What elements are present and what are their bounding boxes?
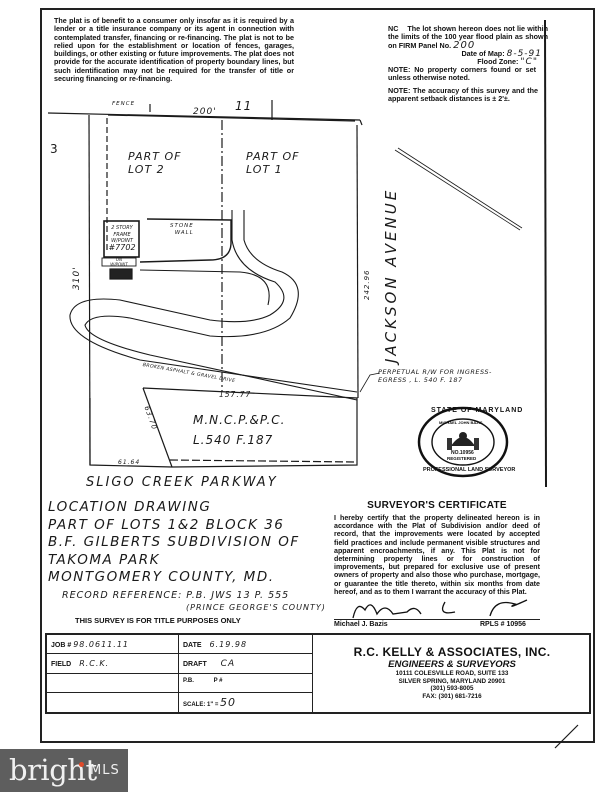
logo-accent-icon: [79, 762, 84, 767]
house-label: 2 STORY FRAME W/POINT #7702: [106, 225, 138, 251]
firm-block: R.C. KELLY & ASSOCIATES, INC. ENGINEERS …: [313, 645, 591, 700]
row-note: PERPETUAL R/W FOR INGRESS- EGRESS , L. 5…: [378, 368, 492, 384]
bottom-left-dimension: 61.64: [118, 459, 140, 466]
logo-brand: bright: [9, 753, 97, 787]
title-purposes-note: THIS SURVEY IS FOR TITLE PURPOSES ONLY: [75, 616, 241, 625]
firm-fax: FAX: (301) 681-7216: [313, 693, 591, 701]
draft-by: DRAFT CA: [183, 659, 235, 669]
street-sligo-creek-parkway: SLIGO CREEK PARKWAY: [86, 475, 278, 490]
street-jackson-avenue: JACKSON AVENUE: [382, 188, 400, 363]
right-dimension: 242.96: [363, 270, 371, 301]
porch-label: ON W/POINT: [104, 258, 134, 267]
signature: [345, 592, 545, 622]
certificate-title: SURVEYOR'S CERTIFICATE: [334, 500, 540, 511]
seal-bottom-text: PROFESSIONAL LAND SURVEYOR: [423, 467, 515, 473]
stone-wall-label: STONE WALL: [170, 223, 194, 237]
field-crew: FIELD R.C.K.: [51, 659, 109, 668]
signer-name: Michael J. Bazis: [334, 621, 388, 628]
surveyors-certificate: SURVEYOR'S CERTIFICATE I hereby certify …: [334, 500, 540, 596]
left-dimension: 310': [72, 266, 82, 290]
logo-suffix: MLS: [90, 763, 120, 778]
firm-name: R.C. KELLY & ASSOCIATES, INC.: [313, 645, 591, 659]
location-town: TAKOMA PARK: [48, 552, 300, 570]
scale: SCALE: 1" = 50: [183, 696, 236, 709]
lot1-label: PART OF LOT 1: [246, 150, 299, 176]
record-reference-county: (PRINCE GEORGE'S COUNTY): [186, 603, 326, 612]
firm-subtitle: ENGINEERS & SURVEYORS: [313, 659, 591, 670]
location-block: LOCATION DRAWING PART OF LOTS 1&2 BLOCK …: [48, 499, 300, 587]
firm-address-2: SILVER SPRING, MARYLAND 20901: [313, 678, 591, 686]
seal-name: MICHAEL JOHN BAZIS: [439, 420, 482, 425]
plat-book: P.B. P #: [183, 678, 222, 684]
fence-label: FENCE: [112, 101, 135, 107]
seal-status: REGISTERED: [447, 456, 476, 461]
lot-number-top: 11: [235, 99, 252, 113]
top-dimension: 200': [193, 107, 217, 117]
survey-date: DATE 6.19.98: [183, 640, 247, 649]
signature-line: [334, 619, 540, 620]
lot2-label: PART OF LOT 2: [128, 150, 181, 176]
location-subdivision: B.F. GILBERTS SUBDIVISION OF: [48, 534, 300, 552]
surveyor-seal: STATE OF MARYLAND MICHAEL JOHN BAZIS NO.…: [417, 406, 509, 478]
firm-address-1: 10111 COLESVILLE ROAD, SUITE 133: [313, 670, 591, 678]
location-lots: PART OF LOTS 1&2 BLOCK 36: [48, 517, 300, 535]
parcel-label: M.N.C.P.&P.C. L.540 F.187: [193, 410, 286, 450]
rpls-number: RPLS # 10956: [480, 621, 526, 628]
lot-number-left: 3: [50, 142, 59, 156]
firm-phone: (301) 593-8005: [313, 685, 591, 693]
bright-mls-logo: bright MLS: [0, 749, 128, 792]
record-reference: RECORD REFERENCE: P.B. JWS 13 P. 555: [62, 590, 289, 601]
location-title: LOCATION DRAWING: [48, 499, 300, 517]
seal-top-text: STATE OF MARYLAND: [431, 407, 523, 414]
location-county: MONTGOMERY COUNTY, MD.: [48, 569, 300, 587]
certificate-text: I hereby certify that the property delin…: [334, 514, 540, 596]
title-block: JOB # 98.0611.11 FIELD R.C.K. DATE 6.19.…: [45, 633, 591, 714]
job-number: JOB # 98.0611.11: [51, 640, 129, 649]
bottom-dimension: 157.77: [219, 390, 251, 399]
